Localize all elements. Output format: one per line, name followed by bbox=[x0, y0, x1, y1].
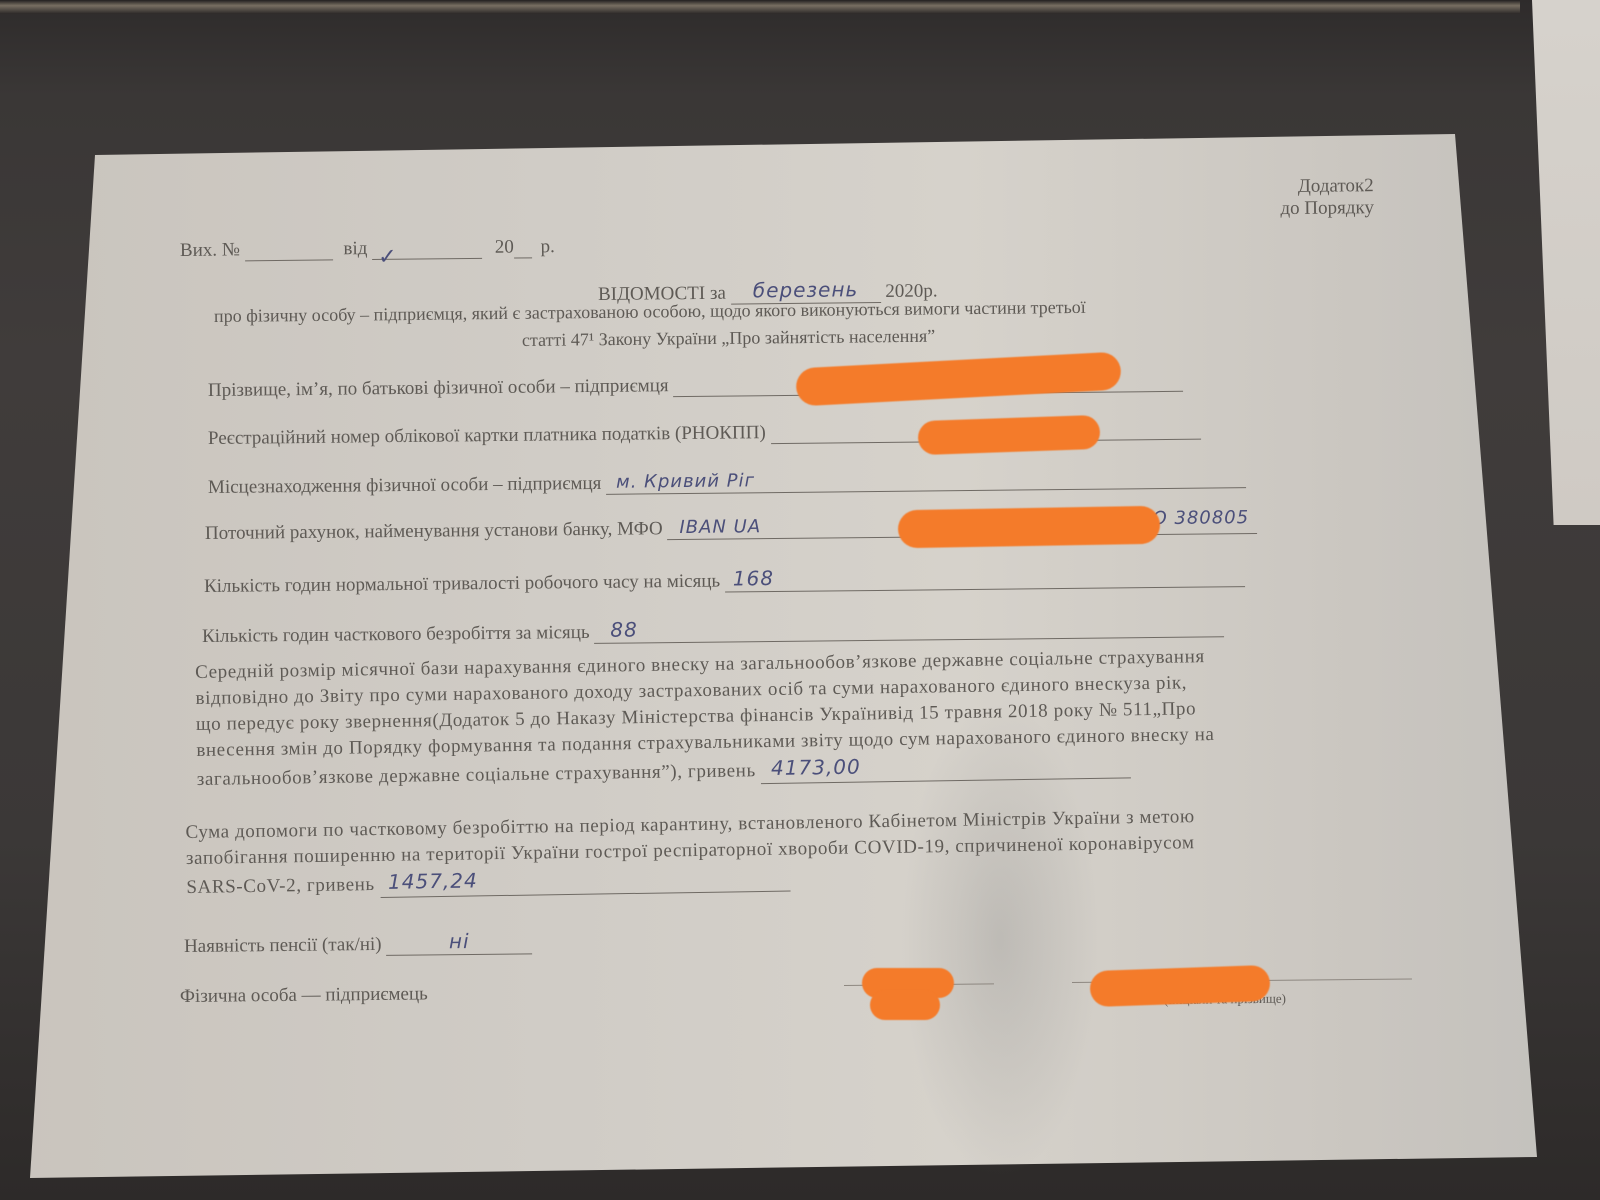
outgoing-no-field[interactable] bbox=[245, 259, 333, 261]
average-base-label: загальнообов’язкове державне соціальне с… bbox=[197, 760, 756, 790]
normal-hours-label: Кількість годин нормальної тривалості ро… bbox=[204, 571, 720, 597]
benefit-paragraph: Сума допомоги по частковому безробіттю н… bbox=[185, 804, 1195, 901]
full-name-label: Прізвище, ім’я, по батькові фізичної осо… bbox=[208, 375, 669, 401]
appendix-line-2: до Порядку bbox=[1270, 197, 1374, 220]
tax-number-label: Реєстраційний номер облікової картки пла… bbox=[208, 422, 766, 449]
bank-iban-prefix: IBAN UA bbox=[679, 516, 761, 538]
outgoing-date-field[interactable]: ✓ bbox=[372, 258, 482, 260]
average-base-input[interactable]: 4173,00 bbox=[761, 749, 1131, 784]
subtitle-line-2: статті 47¹ Закону України „Про зайнятіст… bbox=[522, 326, 935, 351]
redaction-tax-number bbox=[917, 415, 1100, 455]
pension-input[interactable]: ні bbox=[386, 928, 532, 956]
form-document: Додаток2 до Порядку Вих. № від ✓ 20 р. В… bbox=[0, 0, 1600, 1200]
location-value: м. Кривий Ріг bbox=[616, 470, 755, 492]
redaction-signature-bottom bbox=[870, 990, 940, 1020]
bank-account-label: Поточний рахунок, найменування установи … bbox=[205, 518, 663, 544]
checkmark-icon: ✓ bbox=[378, 245, 398, 270]
benefit-value: 1457,24 bbox=[388, 868, 478, 893]
outgoing-number-line: Вих. № від ✓ 20 р. bbox=[180, 236, 555, 262]
redaction-name bbox=[1089, 965, 1270, 1007]
field-pension: Наявність пенсії (так/ні) ні bbox=[184, 928, 533, 958]
redaction-full-name bbox=[795, 352, 1122, 407]
field-normal-hours: Кількість годин нормальної тривалості ро… bbox=[204, 561, 1245, 598]
outgoing-date-label: від bbox=[343, 238, 367, 259]
average-base-paragraph: Середній розмір місячної бази нарахуванн… bbox=[195, 644, 1215, 793]
location-label: Місцезнаходження фізичної особи – підпри… bbox=[208, 473, 602, 498]
appendix-header: Додаток2 до Порядку bbox=[1290, 175, 1374, 220]
partial-hours-input[interactable]: 88 bbox=[594, 611, 1224, 644]
pension-label: Наявність пенсії (так/ні) bbox=[184, 934, 382, 957]
average-base-value: 4173,00 bbox=[771, 755, 861, 780]
partial-hours-value: 88 bbox=[610, 617, 638, 641]
appendix-line-1: Додаток2 bbox=[1290, 175, 1374, 198]
field-location: Місцезнаходження фізичної особи – підпри… bbox=[208, 465, 1246, 499]
subtitle-line-1: про фізичну особу – підприємця, який є з… bbox=[214, 297, 1086, 327]
signature-label: Фізична особа — підприємець bbox=[180, 983, 428, 1008]
partial-hours-label: Кількість годин часткового безробіття за… bbox=[202, 622, 590, 647]
outgoing-no-label: Вих. № bbox=[180, 239, 240, 261]
year-label: 20 bbox=[495, 237, 514, 258]
field-partial-hours: Кількість годин часткового безробіття за… bbox=[202, 611, 1225, 648]
redaction-iban bbox=[898, 506, 1161, 549]
location-input[interactable]: м. Кривий Ріг bbox=[606, 465, 1246, 495]
normal-hours-input[interactable]: 168 bbox=[725, 561, 1245, 592]
benefit-input[interactable]: 1457,24 bbox=[380, 863, 790, 898]
pension-value: ні bbox=[449, 929, 470, 953]
normal-hours-value: 168 bbox=[733, 566, 774, 590]
year-suffix: р. bbox=[541, 236, 555, 257]
benefit-label: SARS-CoV-2, гривень bbox=[186, 874, 375, 898]
year-field[interactable] bbox=[514, 257, 532, 258]
